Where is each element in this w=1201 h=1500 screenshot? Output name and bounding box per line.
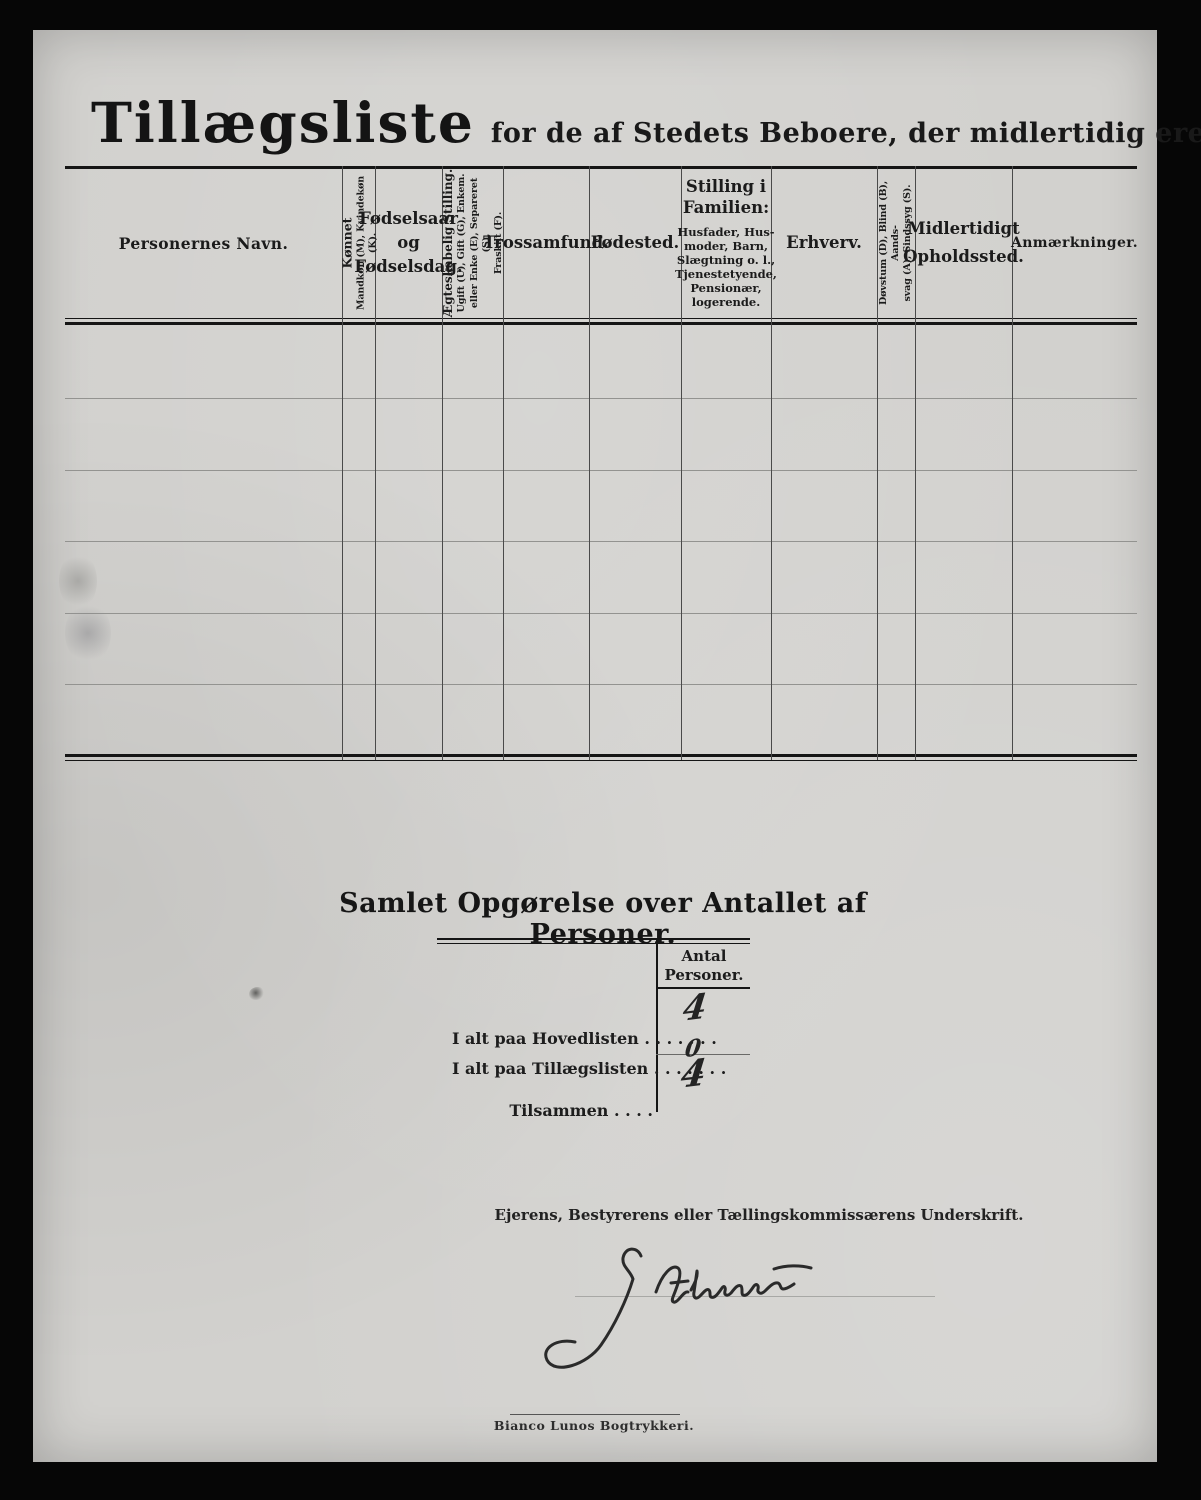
row-line [65,398,1137,399]
summary-col-header: Antal Personer. [658,947,750,985]
handwritten-count-hovedlisten: 4 [681,989,709,1027]
form-title-subtitle: for de af Stedets Beboere, der midlertid… [491,118,1201,149]
col-header-fodested: Fødested. [589,166,681,320]
header-line: Familien: [683,198,769,219]
col-header-anmaerkninger: Anmærkninger. [1012,166,1137,320]
summary-row-label: I alt paa Tillægslisten [452,1059,648,1078]
row-line [65,684,1137,685]
summary-row-tilsammen: Tilsammen . . . . [437,1101,653,1120]
paper-smudge [65,602,111,664]
col-header-fodselsaar: Fødselsaar og Fødselsdag. [375,166,442,320]
col-header-midlertidigt-opholdssted: Midlertidigt Opholdssted. [915,166,1012,320]
header-line: Husfader, Hus- [675,225,777,239]
summary-top-rule [437,938,750,940]
header-line: Tjenestetyende, [675,267,777,281]
signature-caption: Ejerens, Bestyrerens eller Tællingskommi… [423,1206,1095,1224]
col-header-sublabel: Husfader, Hus- moder, Barn, Slægtning o.… [675,225,777,309]
form-title-main: Tillægsliste [91,90,475,155]
header-line: moder, Barn, [675,239,777,253]
dotted-leaders: . . . . [614,1101,653,1120]
summary-title: Samlet Opgørelse over Antallet af Person… [283,888,923,950]
page-title: Tillægslistefor de af Stedets Beboere, d… [91,90,1131,155]
header-line: logerende. [675,295,777,309]
header-line: Opholdssted. [903,243,1024,271]
col-header-label: Midlertidigt Opholdssted. [903,215,1024,271]
col-header-personernes-navn: Personernes Navn. [65,166,342,320]
dotted-leaders: . . . . . . . [644,1029,716,1048]
col-header-label: Stilling i Familien: [683,177,769,218]
col-header-label: Anmærkninger. [1011,235,1138,251]
header-line: Døvstum (D), Blind (B), Aands- [878,167,902,319]
row-line [65,613,1137,614]
header-line: Slægtning o. l., [675,253,777,267]
row-line [65,470,1137,471]
col-header-label: Personernes Navn. [119,234,289,253]
summary-top-rule-thin [437,943,750,944]
printer-imprint: Bianco Lunos Bogtrykkeri. [479,1418,709,1433]
signature-handwriting [538,1242,878,1377]
scan-background: { "page": { "title_main": "Tillægsliste"… [0,0,1201,1500]
header-line: Ugift (U), Gift (G), Enkem. [456,167,468,319]
table-bottom-rule-thin [65,760,1137,761]
paper-stain [249,987,264,1000]
table-bottom-rule-thick [65,754,1137,757]
header-line: Antal [658,947,750,966]
col-header-stilling-i-familien: Stilling i Familien: Husfader, Hus- mode… [681,166,771,320]
col-header-label: Kønnet [339,167,355,319]
col-header-label: Fødested. [591,231,680,255]
col-header-trossamfund: Trossamfund. [503,166,589,320]
handwritten-count-tilsammen: 4 [679,1054,708,1094]
header-line: Ægteskabelig Stilling. [441,167,456,319]
header-line: Pensionær, [675,281,777,295]
scanned-form-page: Tillægslistefor de af Stedets Beboere, d… [33,30,1157,1462]
header-line: Stilling i [683,177,769,198]
row-line [65,541,1137,542]
summary-row-label: Tilsammen [509,1101,608,1120]
col-header-erhverv: Erhverv. [771,166,877,320]
col-header-label: Erhverv. [786,231,862,255]
summary-row-label: I alt paa Hovedlisten [452,1029,639,1048]
summary-row-hovedlisten: I alt paa Hovedlisten . . . . . . . [452,1029,717,1048]
header-line: Personer. [658,966,750,985]
imprint-rule [510,1414,680,1415]
paper-smudge [59,552,97,610]
header-line: Midlertidigt [903,215,1024,243]
header-bottom-rule-thick [65,322,1137,325]
